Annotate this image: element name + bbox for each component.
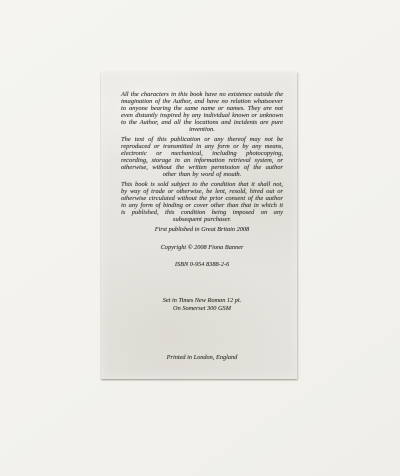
- typesetting-line: Set in Times New Roman 12 pt.: [121, 297, 283, 304]
- paper-stock-line: On Somerset 300 GSM: [121, 305, 283, 312]
- isbn-line: ISBN 0-954 8388-2-6: [121, 261, 283, 268]
- photograph-background: All the characters in this book have no …: [0, 0, 400, 476]
- resale-condition-paragraph: This book is sold subject to the conditi…: [121, 181, 283, 223]
- printed-in-line: Printed in London, England: [121, 354, 283, 361]
- first-published-line: First published in Great Britain 2008: [121, 226, 283, 233]
- character-disclaimer-paragraph: All the characters in this book have no …: [121, 91, 283, 133]
- book-colophon-page: All the characters in this book have no …: [101, 72, 297, 379]
- reproduction-notice-paragraph: The text of this publication or any ther…: [121, 136, 283, 178]
- copyright-line: Copyright © 2008 Fiona Banner: [121, 244, 283, 251]
